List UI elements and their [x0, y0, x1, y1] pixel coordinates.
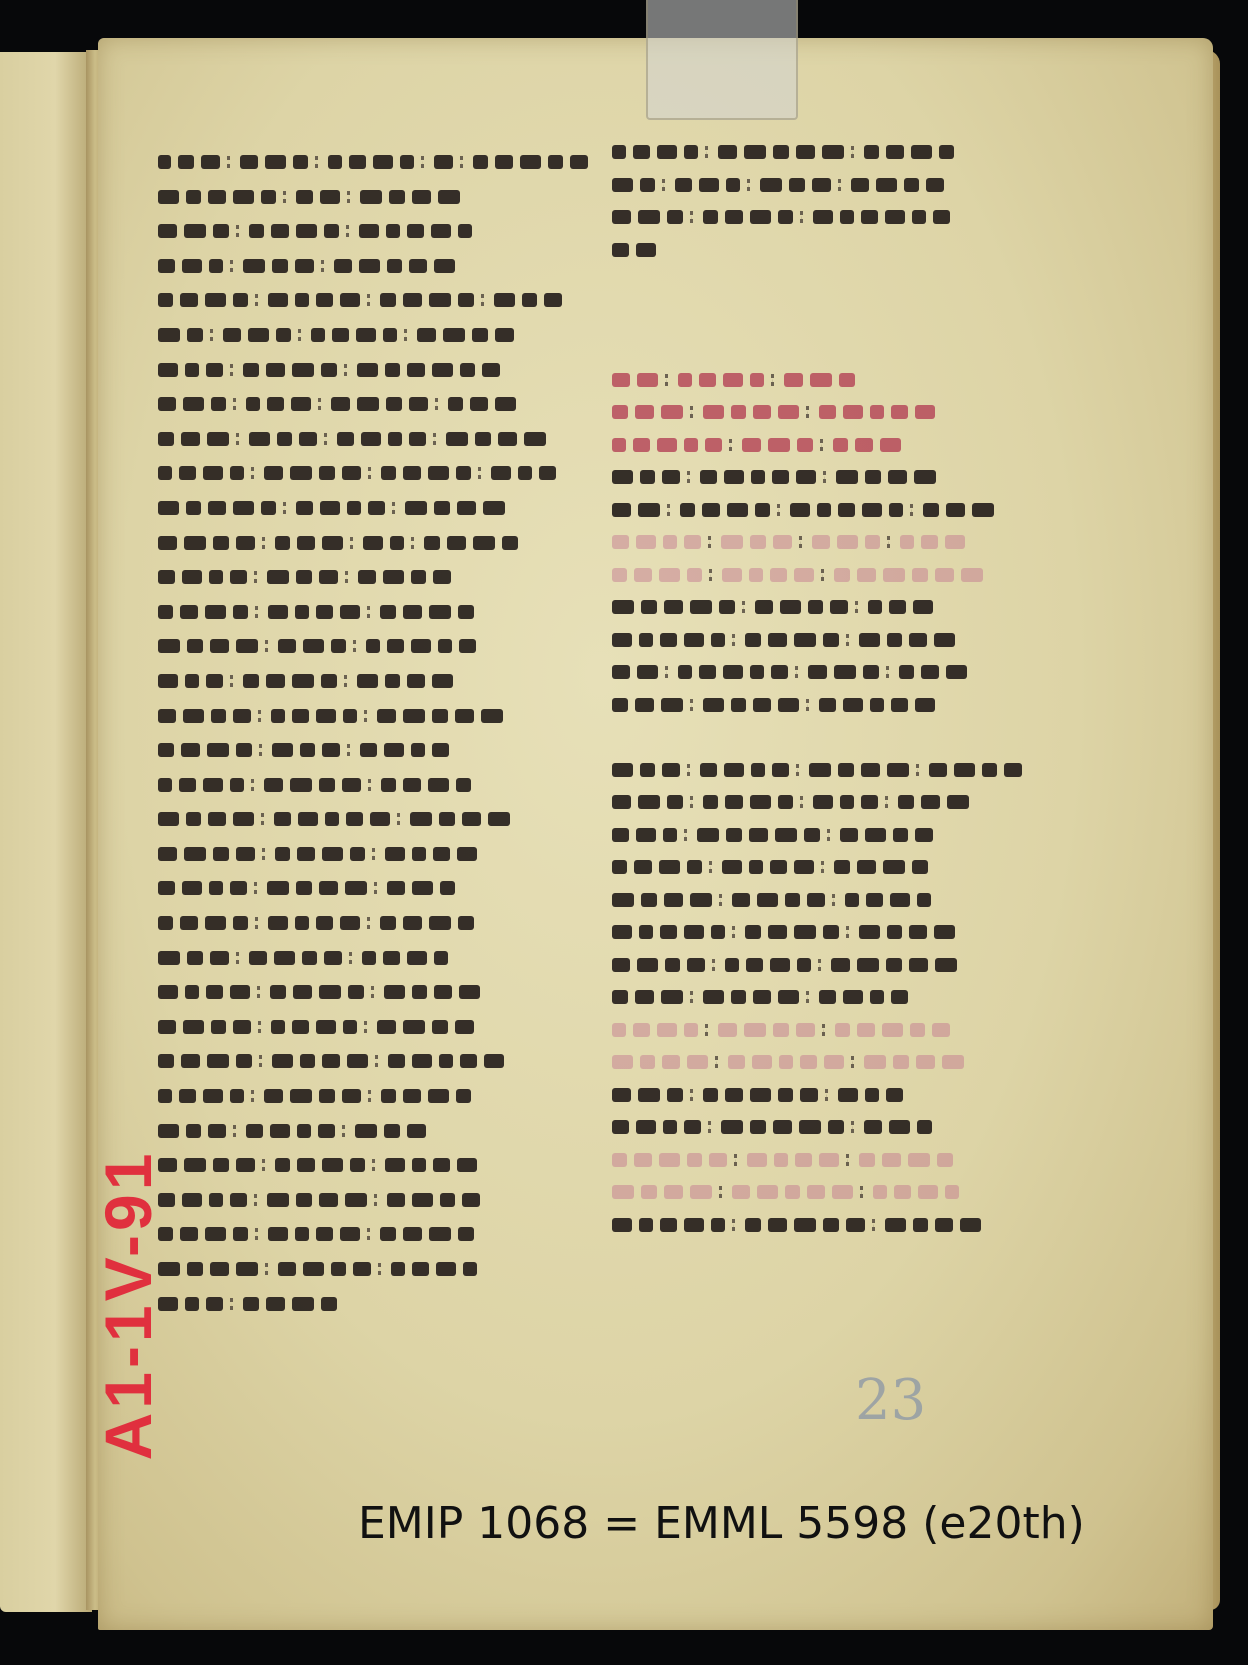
glyph: [885, 210, 905, 224]
glyph: [916, 1055, 935, 1069]
word-divider: [832, 894, 838, 906]
glyph: [700, 470, 717, 484]
glyph: [838, 503, 855, 517]
glyph: [458, 293, 474, 307]
glyph: [744, 1023, 766, 1037]
glyph: [724, 470, 744, 484]
word-divider: [684, 829, 690, 841]
glyph: [982, 763, 997, 777]
glyph: [158, 432, 174, 446]
glyph: [945, 535, 965, 549]
word-divider: [262, 537, 268, 549]
glyph: [808, 600, 823, 614]
glyph: [636, 1120, 656, 1134]
glyph: [180, 1227, 198, 1241]
word-divider: [227, 156, 233, 168]
glyph: [831, 958, 850, 972]
glyph: [207, 432, 229, 446]
glyph: [915, 698, 935, 712]
glyph: [843, 990, 863, 1004]
glyph: [319, 778, 335, 792]
glyph: [208, 501, 226, 515]
glyph: [412, 1193, 433, 1207]
glyph: [184, 224, 206, 238]
text-line: [612, 207, 1052, 227]
glyph: [209, 259, 223, 273]
glyph: [663, 828, 677, 842]
glyph: [210, 1262, 229, 1276]
glyph: [498, 432, 517, 446]
glyph: [383, 570, 404, 584]
glyph: [750, 665, 764, 679]
glyph: [340, 916, 360, 930]
glyph: [185, 674, 199, 688]
glyph: [303, 639, 324, 653]
glyph: [158, 466, 172, 480]
glyph: [203, 1089, 223, 1103]
glyph: [524, 432, 546, 446]
glyph: [387, 639, 404, 653]
glyph: [785, 893, 800, 907]
glyph: [447, 536, 466, 550]
word-divider: [708, 1121, 714, 1133]
glyph: [612, 828, 629, 842]
glyph: [331, 397, 350, 411]
glyph: [684, 1120, 701, 1134]
glyph: [434, 155, 453, 169]
glyph: [946, 503, 965, 517]
glyph: [432, 743, 449, 757]
glyph: [381, 466, 396, 480]
text-line: [612, 825, 1052, 845]
glyph: [457, 847, 477, 861]
glyph: [181, 1054, 200, 1068]
word-divider: [690, 1089, 696, 1101]
glyph: [933, 210, 950, 224]
glyph: [667, 210, 683, 224]
text-line: [158, 844, 588, 864]
glyph: [274, 951, 295, 965]
word-divider: [687, 764, 693, 776]
glyph: [432, 1020, 448, 1034]
text-line: [612, 142, 1052, 162]
glyph: [446, 432, 468, 446]
glyph: [750, 1088, 771, 1102]
glyph: [243, 363, 259, 377]
glyph: [840, 795, 854, 809]
glyph: [380, 1227, 396, 1241]
glyph: [182, 881, 202, 895]
glyph: [439, 1054, 453, 1068]
glyph: [942, 1055, 964, 1069]
glyph: [699, 665, 716, 679]
glyph: [184, 536, 206, 550]
glyph: [898, 795, 914, 809]
text-line: [158, 1224, 588, 1244]
text-line: [158, 913, 588, 933]
glyph: [663, 1120, 677, 1134]
glyph: [659, 860, 680, 874]
glyph: [158, 778, 172, 792]
glyph: [876, 178, 897, 192]
glyph: [322, 743, 340, 757]
glyph: [864, 1120, 882, 1134]
glyph: [883, 860, 905, 874]
glyph: [439, 812, 455, 826]
glyph: [819, 1153, 839, 1167]
glyph: [322, 847, 343, 861]
glyph: [158, 328, 180, 342]
glyph: [843, 405, 863, 419]
glyph: [637, 665, 658, 679]
text-line: [158, 982, 588, 1002]
glyph: [1004, 763, 1022, 777]
glyph: [641, 893, 657, 907]
text-line: [158, 429, 588, 449]
glyph: [711, 1218, 725, 1232]
glyph: [661, 990, 683, 1004]
glyph: [663, 535, 677, 549]
glyph: [319, 466, 335, 480]
glyph: [929, 763, 947, 777]
glyph: [179, 1089, 196, 1103]
word-divider: [259, 1055, 265, 1067]
glyph: [385, 674, 400, 688]
word-divider: [719, 1186, 725, 1198]
glyph: [407, 224, 424, 238]
glyph: [889, 503, 903, 517]
text-line: [612, 857, 1052, 877]
word-divider: [478, 467, 484, 479]
glyph: [703, 405, 724, 419]
glyph: [360, 743, 377, 757]
word-divider: [690, 211, 696, 223]
glyph: [864, 1055, 886, 1069]
glyph: [873, 1185, 887, 1199]
glyph: [779, 1055, 793, 1069]
glyph: [448, 397, 463, 411]
glyph: [699, 373, 716, 387]
glyph: [320, 190, 340, 204]
word-divider: [818, 959, 824, 971]
glyph: [438, 190, 460, 204]
text-column-right: [612, 142, 1052, 1247]
glyph: [380, 605, 396, 619]
glyph: [458, 224, 472, 238]
glyph: [179, 778, 196, 792]
glyph: [183, 397, 204, 411]
glyph: [908, 1153, 930, 1167]
glyph: [316, 709, 336, 723]
word-divider: [346, 225, 352, 237]
glyph: [635, 405, 654, 419]
glyph: [932, 1023, 950, 1037]
glyph: [823, 633, 839, 647]
glyph: [939, 145, 954, 159]
glyph: [909, 633, 927, 647]
word-divider: [795, 666, 801, 678]
glyph: [460, 1054, 477, 1068]
glyph: [637, 958, 658, 972]
glyph: [638, 210, 660, 224]
word-divider: [255, 917, 261, 929]
glyph: [270, 1124, 290, 1138]
text-line: [158, 221, 588, 241]
glyph: [201, 155, 220, 169]
glyph: [297, 536, 315, 550]
glyph: [347, 501, 361, 515]
glyph: [343, 709, 357, 723]
word-divider: [349, 952, 355, 964]
glyph: [491, 466, 511, 480]
word-divider: [372, 1159, 378, 1171]
glyph: [883, 568, 905, 582]
glyph: [859, 925, 880, 939]
glyph: [749, 860, 763, 874]
glyph: [711, 633, 725, 647]
glyph: [612, 958, 630, 972]
text-line: [612, 175, 1052, 195]
glyph: [438, 639, 452, 653]
text-line: [158, 636, 588, 656]
glyph: [384, 1124, 400, 1138]
glyph: [711, 925, 725, 939]
glyph: [612, 568, 627, 582]
glyph: [208, 1124, 226, 1138]
glyph: [921, 665, 939, 679]
text-line: [612, 727, 1052, 747]
glyph: [835, 1023, 850, 1037]
glyph: [403, 778, 421, 792]
glyph: [319, 1089, 335, 1103]
glyph: [638, 503, 660, 517]
glyph: [868, 600, 882, 614]
glyph: [662, 1055, 680, 1069]
glyph: [388, 432, 402, 446]
glyph: [158, 639, 180, 653]
glyph: [403, 916, 422, 930]
glyph: [780, 600, 801, 614]
word-divider: [324, 433, 330, 445]
glyph: [790, 503, 810, 517]
glyph: [880, 438, 901, 452]
glyph: [612, 665, 630, 679]
text-line: [612, 402, 1052, 422]
glyph: [209, 570, 223, 584]
glyph: [722, 860, 742, 874]
glyph: [267, 397, 284, 411]
glyph: [845, 893, 859, 907]
glyph: [233, 293, 248, 307]
glyph: [745, 1218, 761, 1232]
glyph: [612, 178, 633, 192]
glyph: [185, 985, 199, 999]
glyph: [823, 1218, 839, 1232]
word-divider: [910, 504, 916, 516]
glyph: [412, 1262, 429, 1276]
glyph: [921, 535, 938, 549]
glyph: [455, 709, 474, 723]
word-divider: [233, 398, 239, 410]
word-divider: [886, 666, 892, 678]
glyph: [778, 795, 793, 809]
word-divider: [298, 329, 304, 341]
glyph: [386, 397, 402, 411]
glyph: [778, 698, 799, 712]
glyph: [433, 570, 451, 584]
glyph: [337, 432, 354, 446]
glyph: [292, 1297, 314, 1311]
text-column-left: [158, 152, 588, 1328]
glyph: [272, 259, 288, 273]
glyph: [612, 535, 629, 549]
glyph: [857, 568, 876, 582]
glyph: [433, 1158, 450, 1172]
glyph: [433, 847, 450, 861]
glyph: [684, 535, 701, 549]
glyph: [726, 178, 740, 192]
glyph: [703, 795, 718, 809]
glyph: [789, 178, 805, 192]
word-divider: [667, 504, 673, 516]
text-line: [612, 337, 1052, 357]
glyph: [207, 1054, 229, 1068]
glyph: [236, 743, 252, 757]
glyph: [633, 145, 650, 159]
glyph: [659, 1153, 680, 1167]
word-divider: [825, 1089, 831, 1101]
glyph: [846, 1218, 865, 1232]
glyph: [428, 466, 449, 480]
glyph: [723, 373, 743, 387]
glyph: [502, 536, 518, 550]
glyph: [240, 155, 258, 169]
glyph: [728, 1055, 745, 1069]
glyph: [639, 1218, 653, 1232]
word-divider: [261, 813, 267, 825]
glyph: [210, 951, 229, 965]
glyph: [612, 210, 631, 224]
glyph: [368, 501, 385, 515]
glyph: [291, 397, 311, 411]
glyph: [794, 860, 814, 874]
glyph: [799, 1120, 821, 1134]
glyph: [888, 470, 907, 484]
glyph: [316, 916, 333, 930]
glyph: [377, 709, 396, 723]
glyph: [206, 1297, 223, 1311]
glyph: [638, 1088, 660, 1102]
glyph: [409, 259, 427, 273]
glyph: [773, 1120, 792, 1134]
glyph: [230, 570, 247, 584]
glyph: [797, 438, 813, 452]
glyph: [750, 795, 771, 809]
glyph: [745, 925, 761, 939]
glyph: [732, 893, 750, 907]
glyph: [403, 1227, 422, 1241]
glyph: [209, 1193, 223, 1207]
glyph: [264, 1089, 283, 1103]
glyph: [390, 536, 404, 550]
glyph: [484, 1054, 504, 1068]
glyph: [807, 1185, 825, 1199]
text-line: [612, 630, 1052, 650]
glyph: [612, 925, 632, 939]
glyph: [158, 1054, 174, 1068]
glyph: [718, 1023, 737, 1037]
glyph: [731, 990, 746, 1004]
word-divider: [421, 156, 427, 168]
glyph: [612, 503, 631, 517]
glyph: [857, 1023, 875, 1037]
glyph: [292, 709, 309, 723]
word-divider: [258, 1021, 264, 1033]
glyph: [322, 536, 343, 550]
glyph: [794, 633, 816, 647]
glyph: [661, 405, 683, 419]
word-divider: [433, 433, 439, 445]
glyph: [857, 860, 876, 874]
glyph: [861, 210, 878, 224]
glyph: [436, 1262, 456, 1276]
glyph: [456, 1089, 471, 1103]
text-line: [158, 360, 588, 380]
glyph: [772, 470, 789, 484]
text-line: [158, 1259, 588, 1279]
glyph: [667, 1088, 683, 1102]
glyph: [322, 1158, 343, 1172]
glyph: [357, 674, 378, 688]
glyph: [885, 1218, 906, 1232]
glyph: [359, 224, 379, 238]
word-divider: [374, 1194, 380, 1206]
glyph: [455, 1020, 474, 1034]
text-line: [612, 922, 1052, 942]
glyph: [459, 985, 480, 999]
glyph: [723, 665, 743, 679]
glyph: [411, 570, 426, 584]
glyph: [775, 828, 797, 842]
glyph: [665, 958, 680, 972]
glyph: [434, 501, 450, 515]
text-line: [612, 272, 1052, 292]
word-divider: [732, 634, 738, 646]
text-line: [612, 760, 1052, 780]
glyph: [794, 925, 816, 939]
glyph: [295, 1227, 309, 1241]
glyph: [794, 568, 814, 582]
glyph: [662, 763, 680, 777]
glyph: [178, 155, 194, 169]
glyph: [768, 1218, 787, 1232]
glyph: [318, 1124, 335, 1138]
glyph: [475, 432, 491, 446]
glyph: [640, 178, 655, 192]
word-divider: [719, 894, 725, 906]
glyph: [319, 1193, 338, 1207]
glyph: [855, 438, 873, 452]
glyph: [295, 259, 314, 273]
text-line: [158, 1190, 588, 1210]
glyph: [724, 763, 744, 777]
glyph: [320, 501, 340, 515]
word-divider: [821, 861, 827, 873]
glyph: [158, 397, 176, 411]
word-divider: [916, 764, 922, 776]
glyph: [158, 224, 177, 238]
glyph: [272, 1054, 293, 1068]
